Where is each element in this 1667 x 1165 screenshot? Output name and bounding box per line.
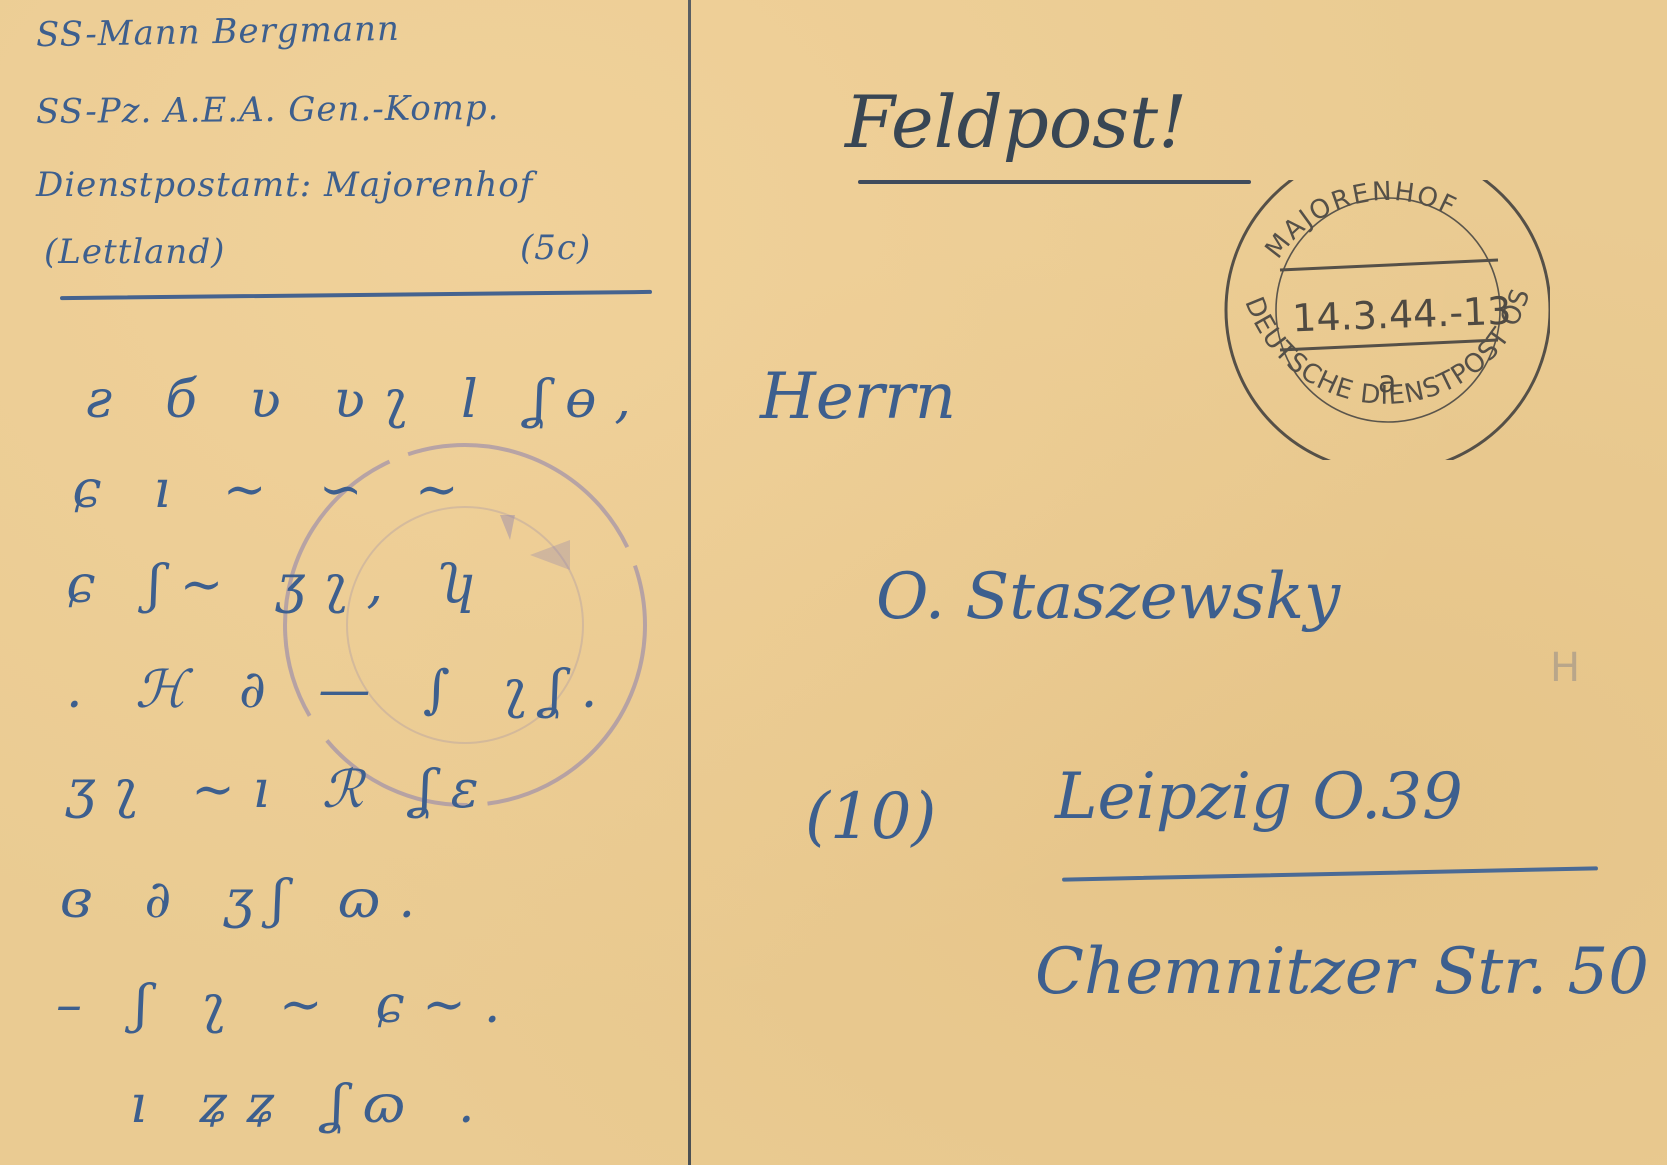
- postmark-date: 14.3.44.-13: [1291, 289, 1512, 341]
- feldpost-underline: [858, 180, 1251, 184]
- recipient-city: Leipzig O.39: [1055, 760, 1463, 834]
- shorthand-line-4: . ℋ ∂ — ∫ ʅʆ.: [66, 660, 615, 720]
- svg-text:MAJORENHOF: MAJORENHOF: [1260, 180, 1462, 264]
- shorthand-line-3: ɕ ʃ∼ ʒʅ, ʮ: [66, 555, 494, 615]
- postcard: SS-Mann Bergmann SS-Pz. A.E.A. Gen.-Komp…: [0, 0, 1667, 1165]
- feldpost-heading: Feldpost!: [845, 80, 1187, 164]
- sender-underline: [60, 290, 652, 300]
- shorthand-line-5: ʒʅ ∼ı ℛ ʆɛ: [66, 760, 497, 820]
- sender-line-2: SS-Pz. A.E.A. Gen.-Komp.: [36, 88, 500, 132]
- postmark-letter: a: [1378, 365, 1396, 400]
- pencil-mark: H: [1550, 645, 1580, 691]
- recipient-street: Chemnitzer Str. 50: [1035, 935, 1649, 1009]
- city-underline: [1062, 866, 1598, 881]
- sender-line-4: (Lettland): [44, 232, 225, 272]
- sender-line-3: Dienstpostamt: Majorenhof: [36, 165, 533, 205]
- sender-note: (5c): [520, 228, 591, 268]
- recipient-salutation: Herrn: [760, 360, 956, 434]
- shorthand-line-2: ɕ ı ∼ ∽ ∼: [72, 460, 477, 520]
- shorthand-line-6: ɞ ∂ ʒʃ ɷ.: [60, 870, 433, 930]
- postmark-top-text: MAJORENHOF: [1260, 180, 1462, 264]
- shorthand-line-1: ƨ б ʋ ʋʅ l ʆɵ,: [86, 370, 649, 430]
- shorthand-line-7: – ʃ ʅ ∼ ɕ∼.: [56, 975, 518, 1035]
- sender-line-1: SS-Mann Bergmann: [36, 9, 400, 55]
- postmark-stamp-icon: MAJORENHOF DEUTSCHE DIENSTPOST OSTLAND 1…: [1220, 180, 1550, 460]
- recipient-postal-district: (10): [805, 780, 936, 854]
- shorthand-line-8: ı ʑʑ ʆɷ .: [130, 1075, 493, 1135]
- recipient-name: O. Staszewsky: [876, 560, 1340, 634]
- card-divider-line: [688, 0, 691, 1165]
